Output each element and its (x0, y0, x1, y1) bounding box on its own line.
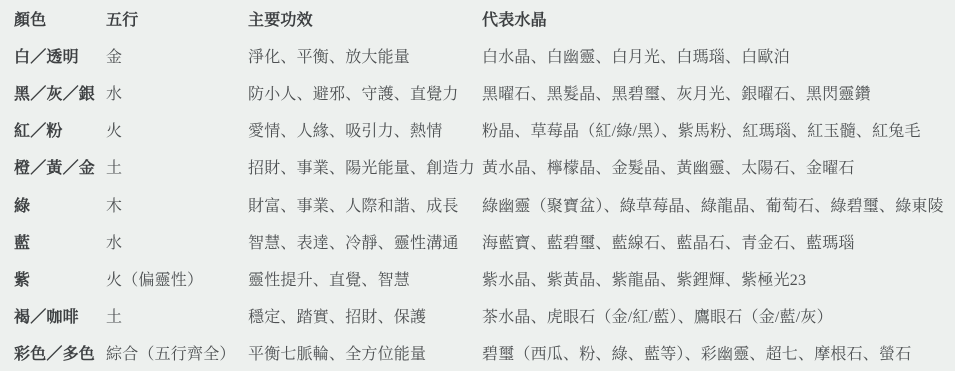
header-cell-effects: 主要功效 (248, 7, 482, 30)
cell-crystals: 碧璽（西瓜、粉、綠、藍等）、彩幽靈、超七、摩根石、螢石 (482, 341, 955, 364)
cell-effects: 平衡七脈輪、全方位能量 (248, 341, 482, 364)
table-row: 白／透明 金 淨化、平衡、放大能量 白水晶、白幽靈、白月光、白瑪瑙、白歐泊 (0, 37, 955, 74)
cell-crystals: 海藍寶、藍碧璽、藍線石、藍晶石、青金石、藍瑪瑙 (482, 230, 955, 253)
table-row: 綠 木 財富、事業、人際和諧、成長 綠幽靈（聚寶盆）、綠草莓晶、綠龍晶、葡萄石、… (0, 185, 955, 222)
cell-element: 木 (106, 193, 248, 216)
table-header-row: 顏色 五行 主要功效 代表水晶 (0, 0, 955, 37)
cell-crystals: 粉晶、草莓晶（紅/綠/黑）、紫馬粉、紅瑪瑙、紅玉髓、紅兔毛 (482, 118, 955, 141)
cell-effects: 智慧、表達、冷靜、靈性溝通 (248, 230, 482, 253)
table-row: 黑／灰／銀 水 防小人、避邪、守護、直覺力 黑曜石、黑髮晶、黑碧璽、灰月光、銀曜… (0, 74, 955, 111)
cell-element: 水 (106, 230, 248, 253)
cell-effects: 靈性提升、直覺、智慧 (248, 267, 482, 290)
cell-element: 綜合（五行齊全） (106, 341, 248, 364)
header-cell-element: 五行 (106, 7, 248, 30)
cell-effects: 招財、事業、陽光能量、創造力 (248, 155, 482, 178)
cell-element: 土 (106, 304, 248, 327)
cell-element: 金 (106, 44, 248, 67)
cell-element: 火 (106, 118, 248, 141)
cell-color: 彩色／多色 (14, 341, 106, 364)
cell-color: 白／透明 (14, 44, 106, 67)
cell-color: 黑／灰／銀 (14, 81, 106, 104)
cell-crystals: 綠幽靈（聚寶盆）、綠草莓晶、綠龍晶、葡萄石、綠碧璽、綠東陵 (482, 193, 955, 216)
cell-element: 火（偏靈性） (106, 267, 248, 290)
table-row: 彩色／多色 綜合（五行齊全） 平衡七脈輪、全方位能量 碧璽（西瓜、粉、綠、藍等）… (0, 334, 955, 371)
table-row: 褐／咖啡 土 穩定、踏實、招財、保護 茶水晶、虎眼石（金/紅/藍）、鷹眼石（金/… (0, 297, 955, 334)
cell-crystals: 白水晶、白幽靈、白月光、白瑪瑙、白歐泊 (482, 44, 955, 67)
cell-crystals: 茶水晶、虎眼石（金/紅/藍）、鷹眼石（金/藍/灰） (482, 304, 955, 327)
cell-element: 水 (106, 81, 248, 104)
cell-effects: 財富、事業、人際和諧、成長 (248, 193, 482, 216)
table-row: 橙／黃／金 土 招財、事業、陽光能量、創造力 黃水晶、檸檬晶、金髮晶、黃幽靈、太… (0, 148, 955, 185)
header-cell-color: 顏色 (14, 7, 106, 30)
cell-element: 土 (106, 155, 248, 178)
cell-color: 藍 (14, 230, 106, 253)
table-row: 紅／粉 火 愛情、人緣、吸引力、熱情 粉晶、草莓晶（紅/綠/黑）、紫馬粉、紅瑪瑙… (0, 111, 955, 148)
table-row: 紫 火（偏靈性） 靈性提升、直覺、智慧 紫水晶、紫黃晶、紫龍晶、紫鋰輝、紫極光2… (0, 260, 955, 297)
crystal-color-table: 顏色 五行 主要功效 代表水晶 白／透明 金 淨化、平衡、放大能量 白水晶、白幽… (0, 0, 955, 371)
cell-crystals: 黑曜石、黑髮晶、黑碧璽、灰月光、銀曜石、黑閃靈鑽 (482, 81, 955, 104)
cell-effects: 穩定、踏實、招財、保護 (248, 304, 482, 327)
header-cell-crystals: 代表水晶 (482, 7, 955, 30)
cell-crystals: 黃水晶、檸檬晶、金髮晶、黃幽靈、太陽石、金曜石 (482, 155, 955, 178)
cell-effects: 愛情、人緣、吸引力、熱情 (248, 118, 482, 141)
cell-color: 綠 (14, 193, 106, 216)
cell-crystals: 紫水晶、紫黃晶、紫龍晶、紫鋰輝、紫極光23 (482, 267, 955, 290)
cell-color: 橙／黃／金 (14, 155, 106, 178)
cell-effects: 淨化、平衡、放大能量 (248, 44, 482, 67)
table-row: 藍 水 智慧、表達、冷靜、靈性溝通 海藍寶、藍碧璽、藍線石、藍晶石、青金石、藍瑪… (0, 223, 955, 260)
cell-color: 褐／咖啡 (14, 304, 106, 327)
cell-color: 紅／粉 (14, 118, 106, 141)
cell-color: 紫 (14, 267, 106, 290)
cell-effects: 防小人、避邪、守護、直覺力 (248, 81, 482, 104)
